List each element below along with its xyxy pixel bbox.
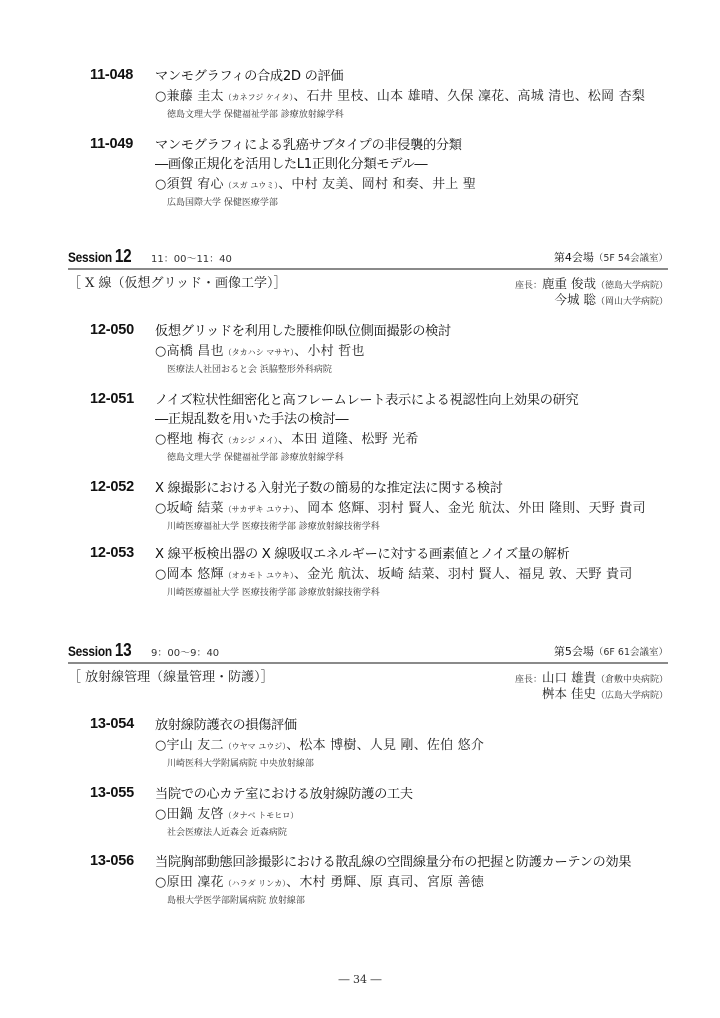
coauthors: 、中村 友美、岡村 和奏、井上 聖 [278,177,476,192]
session-number: 12 [115,246,132,266]
author-list: ○宇山 友二（ウヤマ ユウジ）、松本 博樹、人見 剛、佐伯 悠介 [155,736,655,756]
abstract-number: 13-054 [90,716,134,732]
abstract-number: 12-051 [90,391,134,407]
session-theme: ［ X 線（仮想グリッド・画像工学）］ [68,272,287,291]
session-venue: 第5会場（6F 61会議室） [554,643,668,659]
venue-room: （6F 61会議室） [594,647,668,658]
presenter-name: ○岡本 悠輝 [155,567,224,582]
affiliation: 徳島文理大学 保健福祉学部 診療放射線学科 [167,451,655,466]
session-12-header: Session 12 11：00～11：40 第4会場（5F 54会議室） ［ … [68,248,668,270]
coauthors: 、本田 道隆、松野 光希 [278,432,419,447]
session-word: Session [68,643,112,659]
session-heading-bar: Session 12 11：00～11：40 第4会場（5F 54会議室） [68,248,668,270]
abstract-title: X 線撮影における入射光子数の簡易的な推定法に関する検討 [155,479,655,498]
presenter-kana: （ハラダ リンカ） [224,879,286,888]
session-word: Session [68,249,112,265]
presenter-kana: （タカハシ マサヤ） [224,348,295,357]
affiliation: 社会医療法人近森会 近森病院 [167,826,655,841]
presenter-name: ○田鍋 友啓 [155,807,224,822]
abstract-number: 12-052 [90,479,134,495]
venue-name: 第4会場 [554,251,594,264]
coauthors: 、石井 里枝、山本 雄晴、久保 凜花、高城 清也、松岡 杏梨 [293,89,645,104]
presenter-name: ○高橋 昌也 [155,344,224,359]
presenter-name: ○樫地 梅衣 [155,432,224,447]
affiliation: 川崎医科大学附属病院 中央放射線部 [167,757,655,772]
abstract-number: 11-048 [90,67,133,83]
author-list: ○樫地 梅衣（カシジ メイ）、本田 道隆、松野 光希 [155,430,655,450]
abstract-number: 12-053 [90,545,134,561]
presenter-kana: （カシジ メイ） [224,436,278,445]
session-chairs: 座長：山口 雄貴（倉敷中央病院） 桝本 佳史（広島大学病院） [515,667,668,699]
coauthors: 、松本 博樹、人見 剛、佐伯 悠介 [286,738,484,753]
affiliation: 島根大学医学部附属病院 放射線部 [167,894,655,909]
chair-affiliation: （岡山大学病院） [596,297,668,307]
presenter-name: ○坂崎 結菜 [155,501,224,516]
session-time: 11：00～11：40 [151,250,232,265]
session-number: 13 [115,640,132,660]
abstract-title: 当院での心カテ室における放射線防護の工夫 [155,785,655,804]
session-label: Session 12 [68,246,131,267]
author-list: ○田鍋 友啓（タナベ トモヒロ） [155,805,655,825]
chair-2: 桝本 佳史（広島大学病院） [515,683,668,699]
presenter-kana: （サカザキ ユウナ） [224,505,294,514]
chair-1: 座長：鹿重 俊哉（徳島大学病院） [515,273,668,289]
chair-name: 桝本 佳史 [542,686,596,701]
affiliation: 医療法人社団おると会 浜脇整形外科病院 [167,363,655,378]
coauthors: 、金光 航汰、坂崎 結菜、羽村 賢人、福見 敦、天野 貴司 [294,567,632,582]
affiliation: 徳島文理大学 保健福祉学部 診療放射線学科 [167,108,655,123]
abstract-number: 12-050 [90,322,134,338]
affiliation: 広島国際大学 保健医療学部 [167,196,655,211]
abstract-number: 11-049 [90,136,133,152]
abstract-subtitle: ―正規乱数を用いた手法の検討― [155,410,655,429]
presenter-name: ○宇山 友二 [155,738,224,753]
chair-2: 今城 聡（岡山大学病院） [515,289,668,305]
session-chairs: 座長：鹿重 俊哉（徳島大学病院） 今城 聡（岡山大学病院） [515,273,668,305]
author-list: ○原田 凜花（ハラダ リンカ）、木村 勇輝、原 真司、宮原 善徳 [155,873,655,893]
session-venue: 第4会場（5F 54会議室） [554,249,668,265]
program-page: 11-048 マンモグラフィの合成2D の評価 ○兼藤 圭太（カネフジ ケイタ）… [0,0,720,1018]
author-list: ○兼藤 圭太（カネフジ ケイタ）、石井 里枝、山本 雄晴、久保 凜花、高城 清也… [155,87,655,107]
presenter-kana: （タナベ トモヒロ） [224,811,299,820]
presenter-name: ○原田 凜花 [155,875,224,890]
affiliation: 川崎医療福祉大学 医療技術学部 診療放射線技術学科 [167,520,655,535]
author-list: ○須賀 宥心（スガ ユウミ）、中村 友美、岡村 和奏、井上 聖 [155,175,655,195]
author-list: ○岡本 悠輝（オカモト ユウキ）、金光 航汰、坂崎 結菜、羽村 賢人、福見 敦、… [155,565,655,585]
coauthors: 、小村 哲也 [294,344,364,359]
abstract-title: 放射線防護衣の損傷評価 [155,716,655,735]
session-time: 9：00～9：40 [151,644,219,659]
abstract-title: マンモグラフィによる乳癌サブタイプの非侵襲的分類 [155,136,655,155]
abstract-title: マンモグラフィの合成2D の評価 [155,67,655,86]
session-theme: ［ 放射線管理（線量管理・防護）］ [68,666,274,685]
coauthors: 、岡本 悠輝、羽村 賢人、金光 航汰、外田 隆則、天野 貴司 [294,501,646,516]
abstract-number: 13-055 [90,785,134,801]
presenter-name: ○須賀 宥心 [155,177,224,192]
page-number: ― 34 ― [0,973,720,986]
presenter-kana: （ウヤマ ユウジ） [224,742,287,751]
session-label: Session 13 [68,640,131,661]
chair-1: 座長：山口 雄貴（倉敷中央病院） [515,667,668,683]
affiliation: 川崎医療福祉大学 医療技術学部 診療放射線技術学科 [167,586,655,601]
presenter-kana: （カネフジ ケイタ） [224,93,294,102]
chair-prefix: 座長： [515,675,542,685]
chair-name: 今城 聡 [555,292,596,307]
abstract-title: ノイズ粒状性細密化と高フレームレート表示による視認性向上効果の研究 [155,391,655,410]
abstract-number: 13-056 [90,853,134,869]
author-list: ○高橋 昌也（タカハシ マサヤ）、小村 哲也 [155,342,655,362]
abstract-title: 仮想グリッドを利用した腰椎仰臥位側面撮影の検討 [155,322,655,341]
abstract-subtitle: ―画像正規化を活用したL1正則化分類モデル― [155,155,655,174]
author-list: ○坂崎 結菜（サカザキ ユウナ）、岡本 悠輝、羽村 賢人、金光 航汰、外田 隆則… [155,499,655,519]
coauthors: 、木村 勇輝、原 真司、宮原 善徳 [286,875,484,890]
venue-name: 第5会場 [554,645,594,658]
chair-prefix: 座長： [515,281,542,291]
abstract-title: 当院胸部動態回診撮影における散乱線の空間線量分布の把握と防護カーテンの効果 [155,853,655,872]
venue-room: （5F 54会議室） [594,253,668,264]
session-heading-bar: Session 13 9：00～9：40 第5会場（6F 61会議室） [68,642,668,664]
presenter-kana: （オカモト ユウキ） [224,571,294,580]
presenter-name: ○兼藤 圭太 [155,89,224,104]
abstract-title: X 線平板検出器の X 線吸収エネルギーに対する画素値とノイズ量の解析 [155,545,655,564]
chair-affiliation: （広島大学病院） [596,691,668,701]
session-13-header: Session 13 9：00～9：40 第5会場（6F 61会議室） ［ 放射… [68,642,668,664]
presenter-kana: （スガ ユウミ） [224,181,279,190]
